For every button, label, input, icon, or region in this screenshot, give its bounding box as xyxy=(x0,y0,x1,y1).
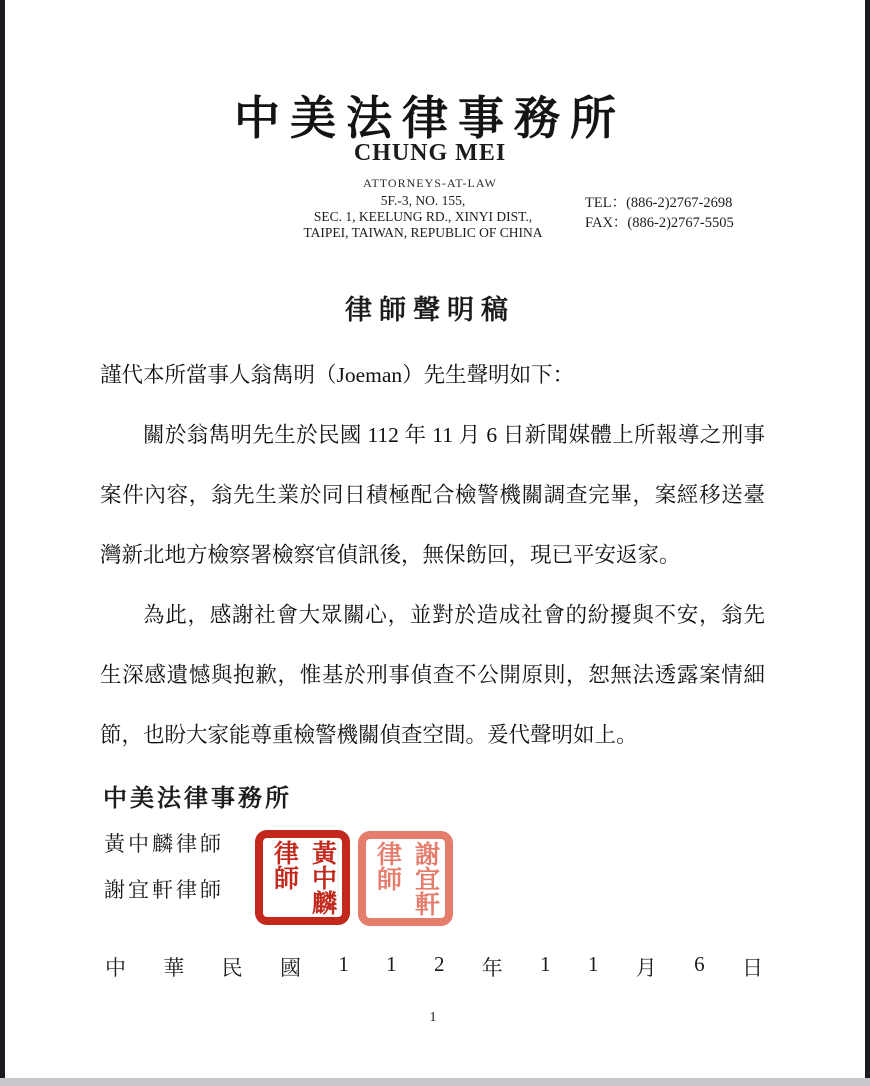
date-char: 1 xyxy=(540,952,551,982)
lawyer-seal-hsieh: 謝宜軒律師 xyxy=(358,831,453,926)
firm-name-english: CHUNG MEI xyxy=(0,140,860,167)
paragraph-opening: 謹代本所當事人翁雋明（Joeman）先生聲明如下： xyxy=(100,345,765,405)
firm-tagline: ATTORNEYS-AT-LAW xyxy=(0,176,860,191)
address-line-3: TAIPEI, TAIWAN, REPUBLIC OF CHINA xyxy=(193,225,653,241)
statement-document-page: 中美法律事務所 CHUNG MEI ATTORNEYS-AT-LAW 5F.-3… xyxy=(0,0,870,1086)
firm-address: 5F.-3, NO. 155, SEC. 1, KEELUNG RD., XIN… xyxy=(193,193,653,241)
tel-line: TEL：(886-2)2767-2698 xyxy=(585,193,734,213)
page-number: 1 xyxy=(0,1010,866,1026)
date-char: 民 xyxy=(222,952,243,982)
scan-edge-bottom xyxy=(0,1078,870,1086)
roc-date-line: 中 華 民 國 1 1 2 年 1 1 月 6 日 xyxy=(105,952,763,982)
date-char: 1 xyxy=(588,952,599,982)
firm-logo-chinese: 中美法律事務所 xyxy=(0,82,860,148)
fax-line: FAX：(886-2)2767-5505 xyxy=(585,213,734,233)
signature-lawyer-1: 黃中麟律師 xyxy=(104,828,224,858)
statement-body: 謹代本所當事人翁雋明（Joeman）先生聲明如下： 關於翁雋明先生於民國 112… xyxy=(100,345,765,765)
date-char: 6 xyxy=(694,952,705,982)
seal-text-hsieh: 謝宜軒律師 xyxy=(368,841,444,917)
signature-firm-name: 中美法律事務所 xyxy=(103,778,292,813)
paragraph-apology: 為此，感謝社會大眾關心，並對於造成社會的紛擾與不安，翁先生深感遺憾與抱歉，惟基於… xyxy=(100,585,765,765)
date-char: 月 xyxy=(636,952,657,982)
firm-contact: TEL：(886-2)2767-2698 FAX：(886-2)2767-550… xyxy=(585,193,734,233)
date-char: 2 xyxy=(434,952,445,982)
lawyer-seal-huang: 黃中麟律師 xyxy=(255,830,350,925)
seal-text-huang: 黃中麟律師 xyxy=(265,840,341,916)
address-line-1: 5F.-3, NO. 155, xyxy=(193,193,653,209)
scan-edge-right xyxy=(865,0,870,1080)
date-char: 國 xyxy=(280,952,301,982)
date-char: 華 xyxy=(163,952,184,982)
date-char: 日 xyxy=(742,952,763,982)
paragraph-case-details: 關於翁雋明先生於民國 112 年 11 月 6 日新聞媒體上所報導之刑事案件內容… xyxy=(100,405,765,585)
date-char: 1 xyxy=(386,952,397,982)
date-char: 1 xyxy=(338,952,349,982)
date-char: 中 xyxy=(105,952,126,982)
document-title: 律師聲明稿 xyxy=(0,288,860,327)
date-char: 年 xyxy=(482,952,503,982)
signature-lawyer-2: 謝宜軒律師 xyxy=(104,874,224,904)
address-line-2: SEC. 1, KEELUNG RD., XINYI DIST., xyxy=(193,209,653,225)
